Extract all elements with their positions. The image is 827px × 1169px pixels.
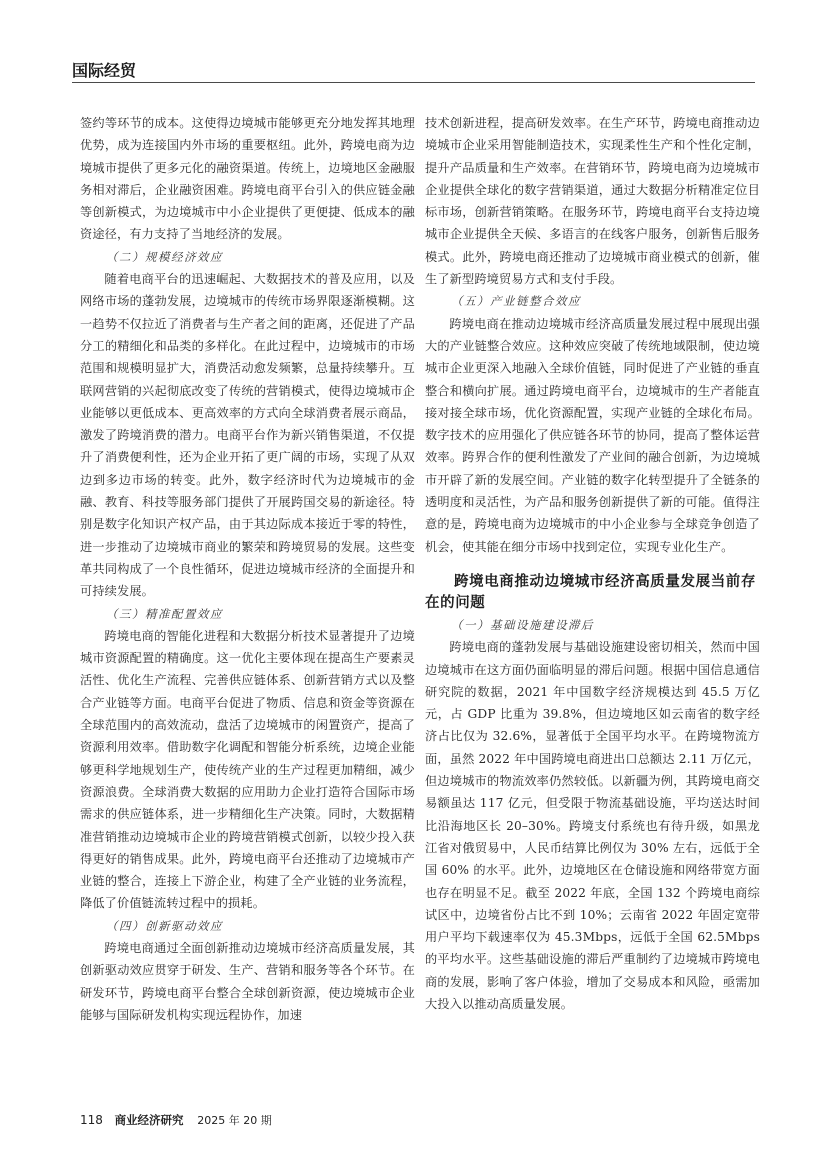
paragraph: 跨境电商在推动边境城市经济高质量发展过程中展现出强大的产业链整合效应。这种效应突… — [425, 313, 760, 558]
right-column: 技术创新进程，提高研发效率。在生产环节，跨境电商推动边境城市企业采用智能制造技术… — [425, 112, 760, 1015]
paragraph: 跨境电商的智能化进程和大数据分析技术显著提升了边境城市资源配置的精确度。这一优化… — [80, 625, 415, 915]
running-header: 国际经贸 — [72, 56, 755, 83]
section-title-header: 国际经贸 — [72, 58, 136, 81]
paragraph: 签约等环节的成本。这使得边境城市能够更充分地发挥其地理优势，成为连接国内外市场的… — [80, 112, 415, 246]
paragraph: 随着电商平台的迅速崛起、大数据技术的普及应用，以及网络市场的蓬勃发展，边境城市的… — [80, 268, 415, 602]
left-column: 签约等环节的成本。这使得边境城市能够更充分地发挥其地理优势，成为连接国内外市场的… — [80, 112, 415, 1026]
paragraph: 跨境电商通过全面创新推动边境城市经济高质量发展，其创新驱动效应贯穿于研发、生产、… — [80, 937, 415, 1026]
issue-label: 2025 年 20 期 — [197, 1114, 271, 1127]
section-heading: 跨境电商推动边境城市经济高质量发展当前存在的问题 — [425, 572, 760, 614]
subheading: （一）基础设施建设滞后 — [425, 614, 760, 636]
paragraph: 技术创新进程，提高研发效率。在生产环节，跨境电商推动边境城市企业采用智能制造技术… — [425, 112, 760, 290]
journal-name: 商业经济研究 — [115, 1113, 184, 1127]
subheading: （三）精准配置效应 — [80, 603, 415, 625]
subheading: （四）创新驱动效应 — [80, 915, 415, 937]
paragraph: 跨境电商的蓬勃发展与基础设施建设密切相关，然而中国边境城市在这方面仍面临明显的滞… — [425, 636, 760, 1015]
page-number: 118 — [80, 1113, 103, 1127]
subheading: （五）产业链整合效应 — [425, 290, 760, 312]
page-footer: 118 商业经济研究 2025 年 20 期 — [80, 1112, 272, 1128]
subheading: （二）规模经济效应 — [80, 246, 415, 268]
